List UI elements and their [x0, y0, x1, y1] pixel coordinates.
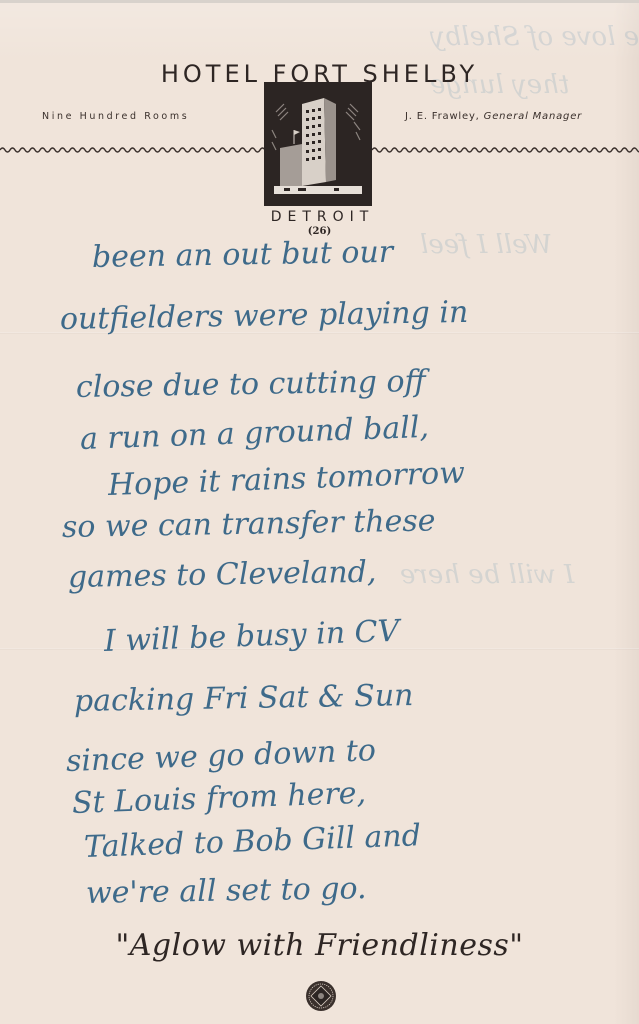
handwritten-line: outfielders were playing in: [60, 295, 469, 337]
handwritten-line: I will be busy in CV: [103, 614, 399, 659]
handwritten-letter: been an out but our outfielders were pla…: [0, 0, 639, 1024]
handwritten-line: so we can transfer these: [62, 503, 436, 545]
hotel-association-seal-icon: [305, 980, 337, 1012]
handwritten-line: been an out but our: [92, 235, 394, 275]
handwritten-line: Hope it rains tomorrow: [107, 456, 465, 503]
handwritten-line: a run on a ground ball,: [79, 410, 429, 457]
handwritten-line: since we go down to: [65, 733, 376, 779]
handwritten-line: close due to cutting off: [76, 364, 426, 405]
handwritten-line: we're all set to go.: [86, 871, 367, 911]
handwritten-line: games to Cleveland,: [68, 555, 377, 595]
handwritten-line: St Louis from here,: [71, 776, 366, 821]
hotel-slogan: "Aglow with Friendliness": [0, 928, 639, 963]
handwritten-line: Talked to Bob Gill and: [83, 818, 421, 865]
handwritten-line: packing Fri Sat & Sun: [74, 678, 414, 719]
